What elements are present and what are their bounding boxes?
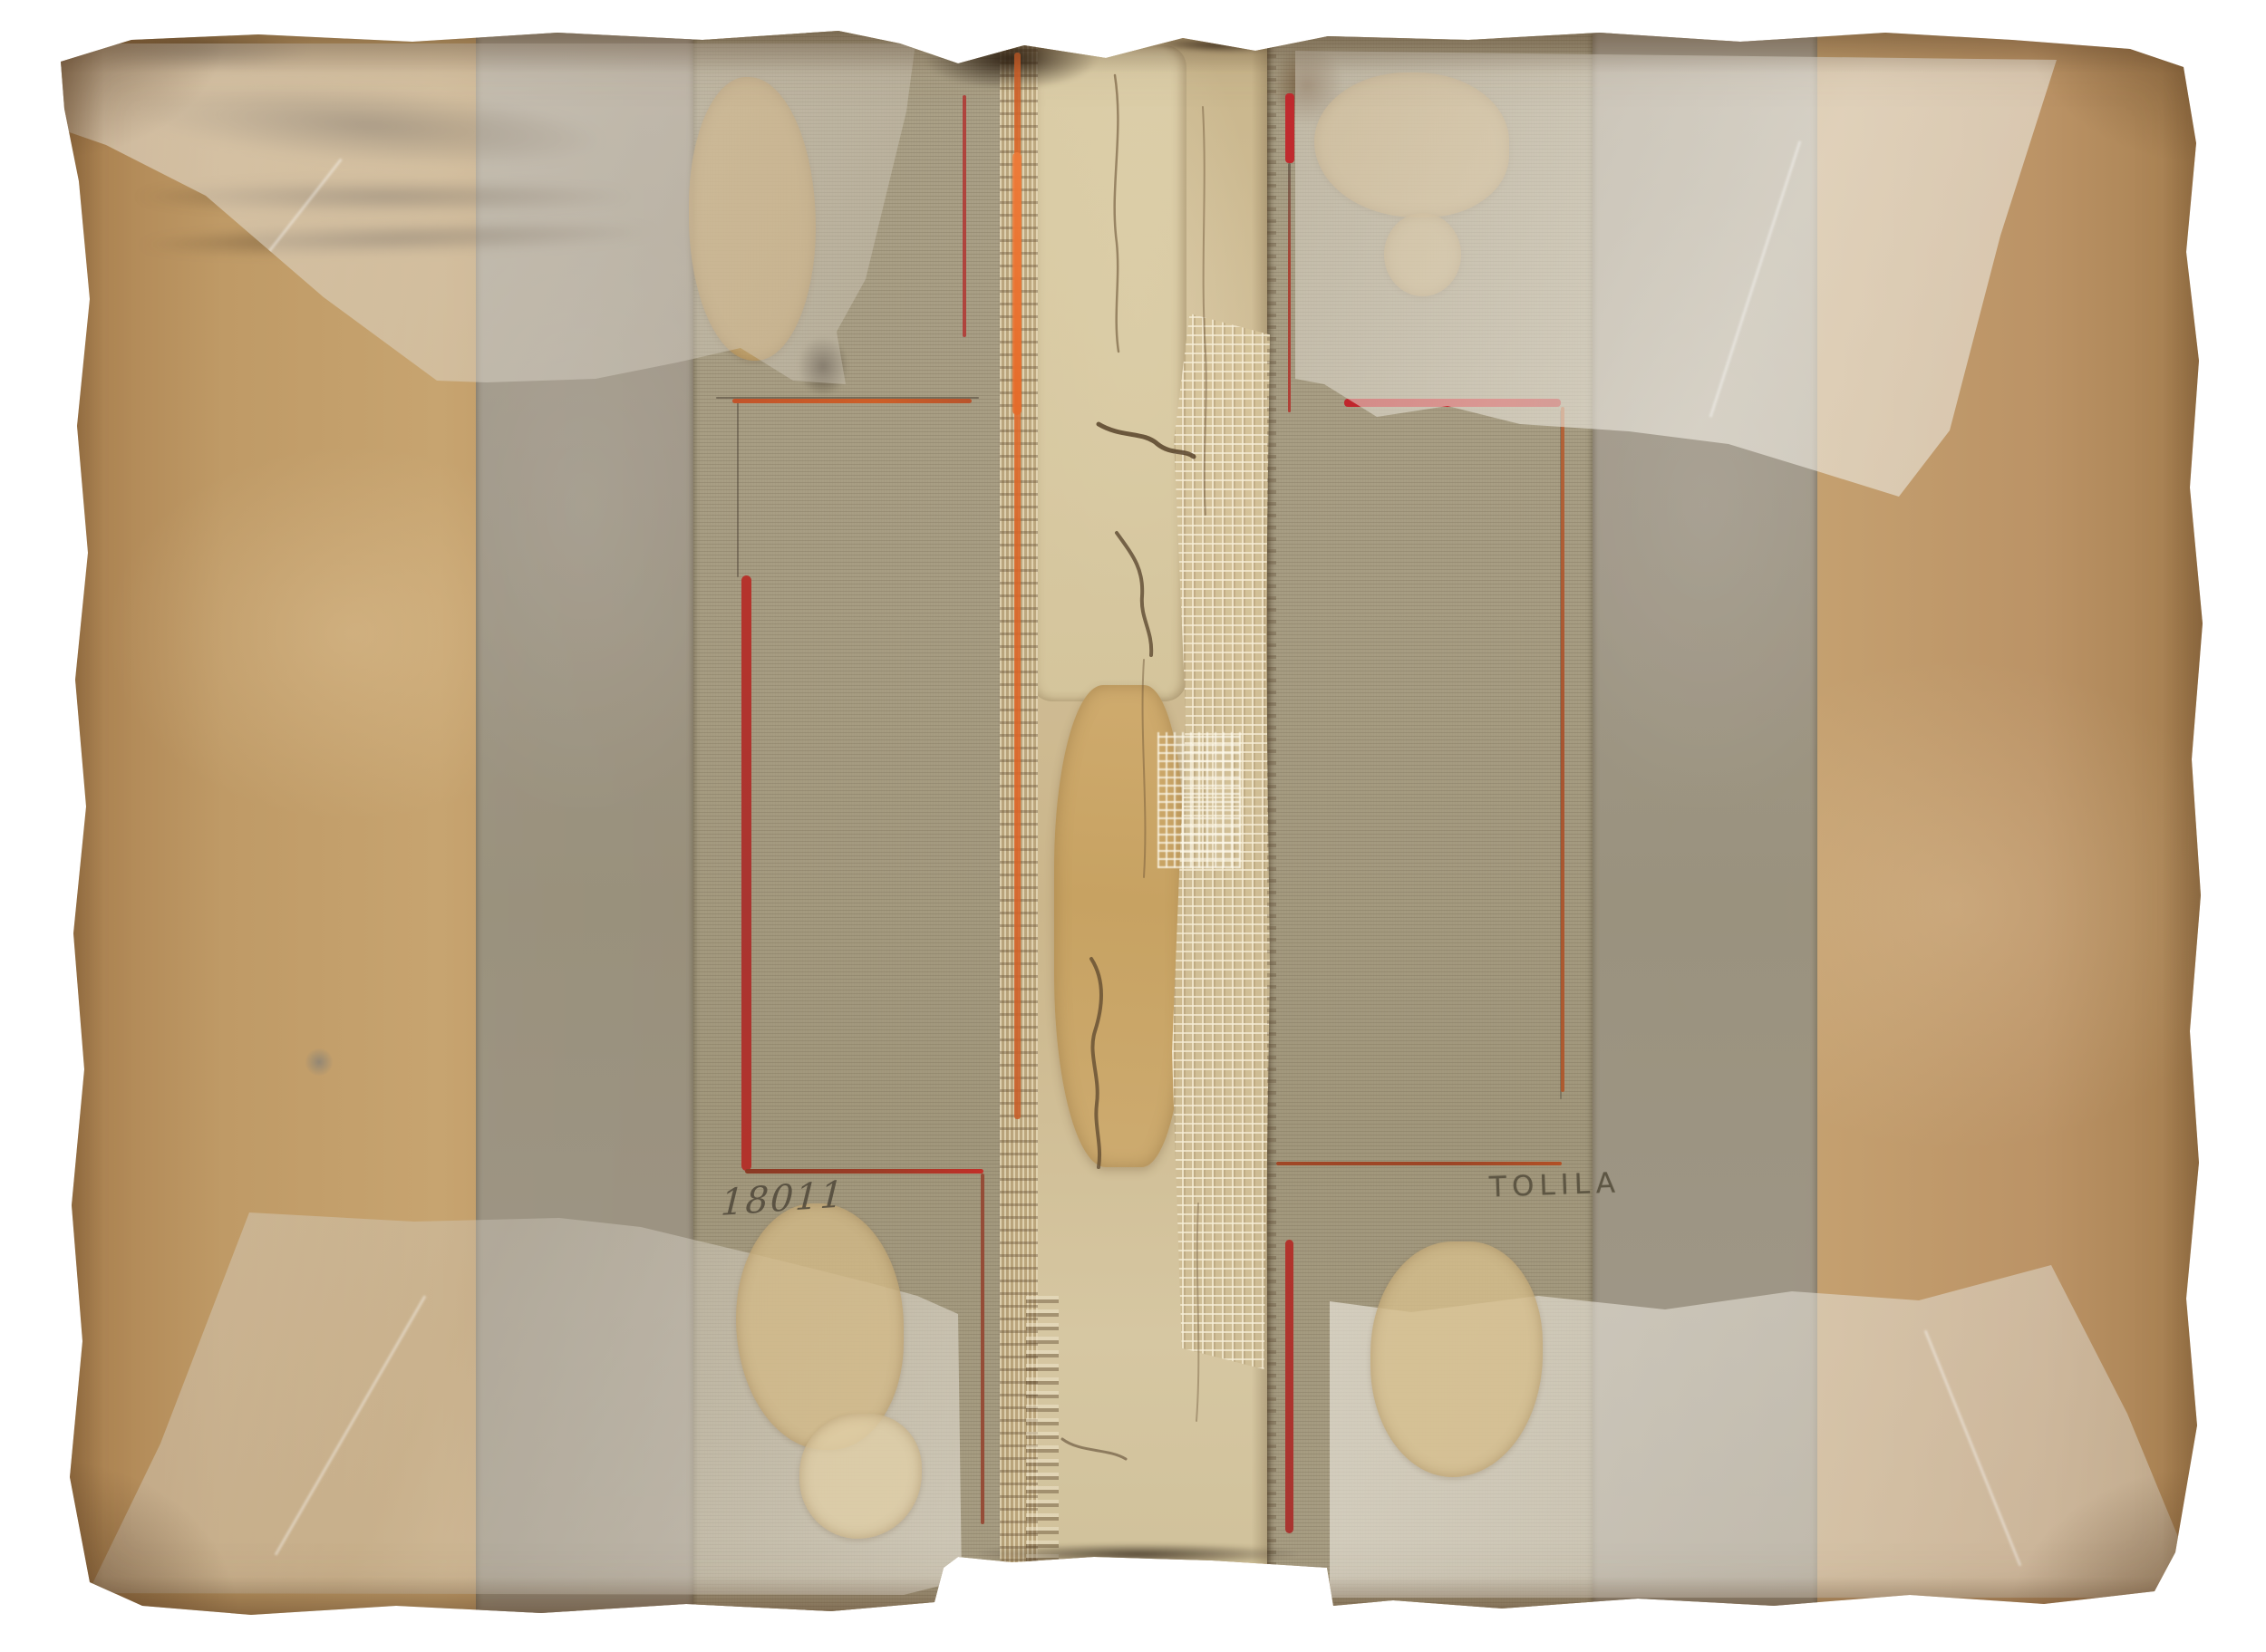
red-line-right-top-dash [1285, 93, 1294, 163]
burnt-paper-bottom [934, 1541, 1341, 1568]
orange-line-spine-bright-segment [1012, 152, 1022, 415]
photo-background: 18011 TOLILA [0, 0, 2266, 1652]
red-line-right-bottom-horizontal [1276, 1162, 1562, 1165]
red-line-right-upper-vertical [1288, 163, 1291, 412]
burnt-paper-top [902, 18, 1119, 98]
orange-line-right-vertical [1561, 407, 1564, 1092]
fold-crease [275, 1295, 427, 1555]
red-line-left-lower-vertical [981, 1174, 984, 1524]
red-line-left-upper-vertical [963, 95, 966, 337]
pencil-guide-left-vertical [737, 400, 739, 577]
fold-crease [1924, 1330, 2022, 1567]
red-line-right-lower-thick-vertical [1285, 1240, 1293, 1533]
fold-crease [1709, 140, 1802, 417]
red-line-left-thick-vertical [741, 575, 751, 1171]
red-line-left-bottom-horizontal [745, 1169, 983, 1174]
book-cover-artwork: 18011 TOLILA [50, 25, 2216, 1625]
inscription-number: 18011 [720, 1174, 846, 1224]
glue-dot-left-margin [305, 1048, 333, 1076]
spine-cracks [1008, 25, 1267, 1625]
artist-signature: TOLILA [1488, 1166, 1621, 1203]
frayed-cloth-edge [1267, 25, 1276, 1625]
